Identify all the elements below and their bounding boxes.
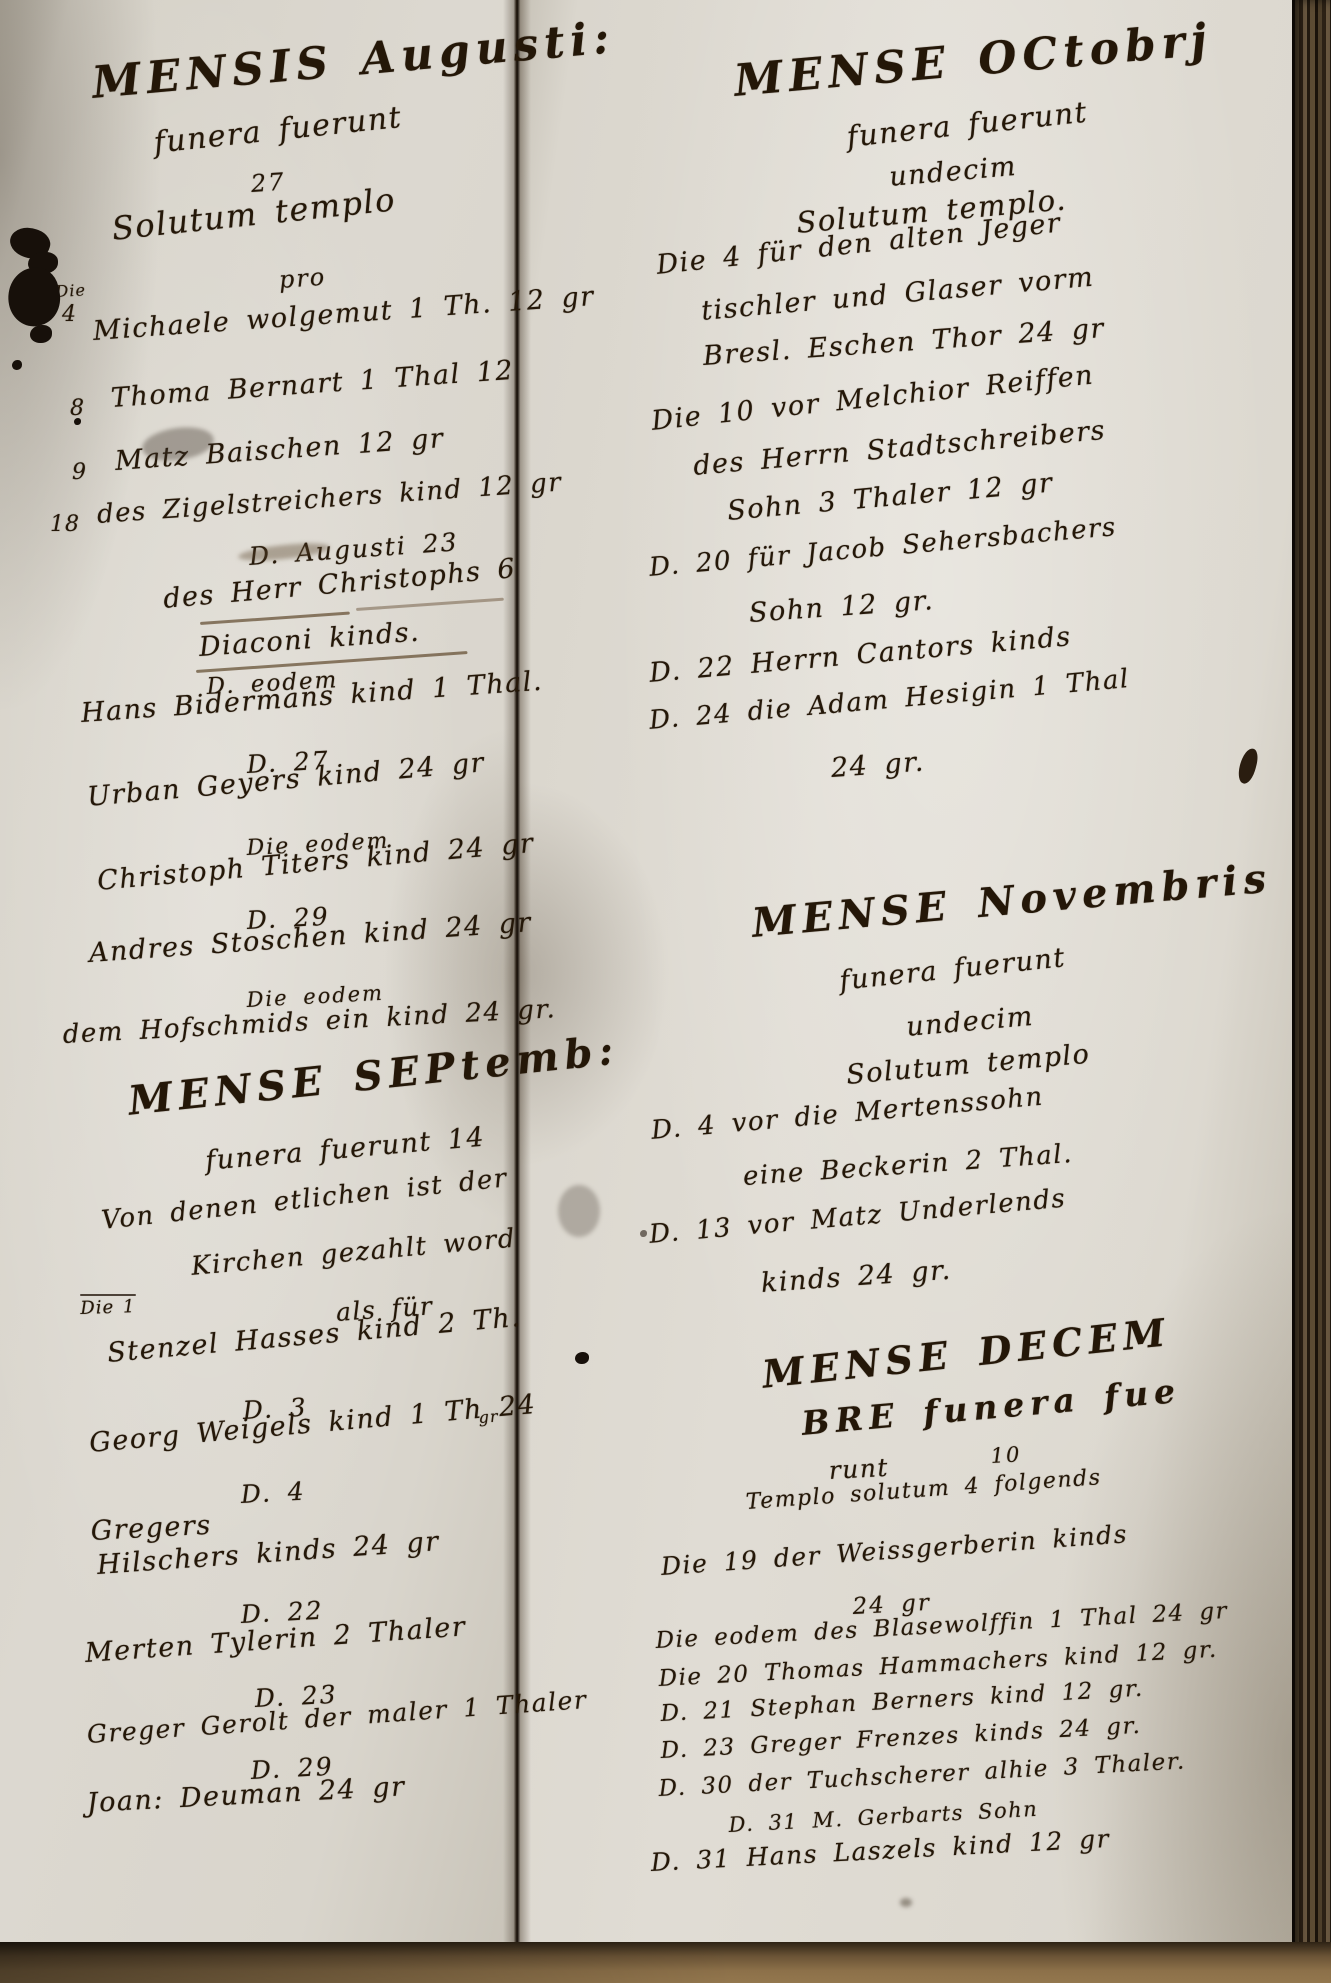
ink-blot bbox=[30, 325, 52, 343]
ink-blot bbox=[640, 1230, 647, 1237]
manuscript-line: 10 bbox=[990, 1442, 1022, 1468]
manuscript-line: Die 1 bbox=[80, 1296, 136, 1319]
manuscript-line: 4 bbox=[62, 302, 77, 327]
ink-blot bbox=[12, 360, 22, 370]
ink-smudge bbox=[900, 1898, 912, 1907]
book-binding-edge bbox=[1292, 0, 1331, 1983]
manuscript-line: Gregers bbox=[90, 1510, 212, 1547]
ink-smudge bbox=[558, 1185, 600, 1237]
manuscript-line: pro bbox=[278, 263, 327, 294]
manuscript-line: 18 bbox=[50, 512, 80, 537]
manuscript-photo: MENSIS Augusti:funera fuerunt27Solutum t… bbox=[0, 0, 1331, 1983]
ink-blot bbox=[74, 418, 81, 425]
underline-mark bbox=[80, 1294, 136, 1296]
manuscript-line: 24 gr. bbox=[830, 746, 926, 783]
manuscript-line: 9 bbox=[72, 460, 87, 485]
table-edge bbox=[0, 1942, 1331, 1983]
manuscript-line: gr bbox=[478, 1407, 499, 1427]
ink-blot bbox=[575, 1352, 589, 1364]
manuscript-line: D. 4 bbox=[240, 1477, 306, 1509]
